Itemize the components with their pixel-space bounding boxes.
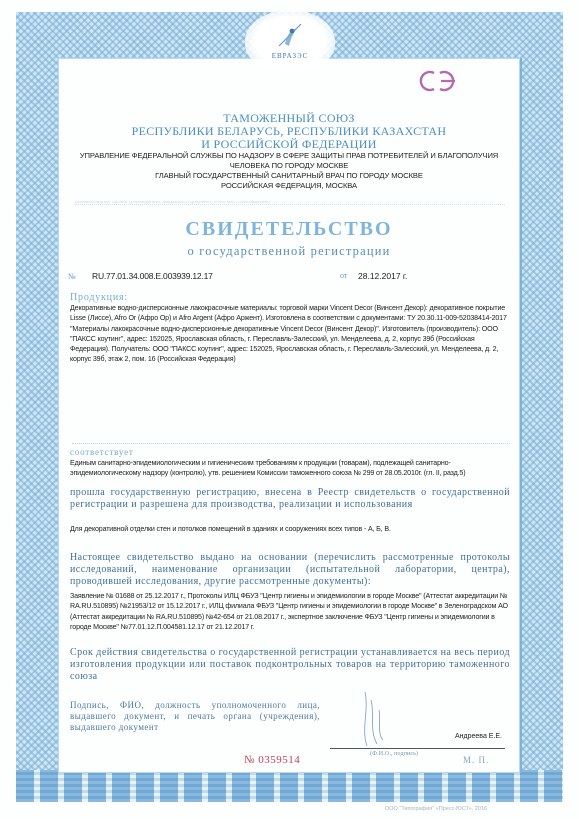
product-description: Декоративные водно-дисперсионные лакокра…: [70, 303, 510, 365]
authority-caption: (наименование органа (учреждения), выдав…: [75, 201, 505, 205]
guilloche-bottom-band: [16, 770, 563, 802]
validity-statement: Срок действия свидетельства о государств…: [70, 647, 510, 684]
union-line: И РОССИЙСКОЙ ФЕДЕРАЦИИ: [62, 138, 516, 151]
registration-statement: прошла государственную регистрацию, внес…: [70, 487, 510, 511]
compliance-label: соответствует: [70, 447, 134, 457]
authority-line: ГЛАВНЫЙ ГОСУДАРСТВЕННЫЙ САНИТАРНЫЙ ВРАЧ …: [62, 171, 516, 181]
product-caption-rule: [72, 441, 510, 444]
eurasec-emblem: ЕВРАЗЭС: [245, 10, 335, 72]
number-label: №: [68, 272, 76, 281]
signature-line-caption: (Ф.И.О., подпись): [370, 750, 418, 757]
authority-line: ЧЕЛОВЕКА ПО ГОРОДУ МОСКВЕ: [62, 161, 516, 171]
document-subtitle: о государственной регистрации: [62, 244, 516, 259]
emblem-label: ЕВРАЗЭС: [245, 52, 335, 60]
date-label: от: [340, 271, 347, 280]
issuing-authority-header: ТАМОЖЕННЫЙ СОЮЗ РЕСПУБЛИКИ БЕЛАРУСЬ, РЕС…: [62, 112, 516, 191]
signer-name: Андреева Е.Е.: [455, 733, 502, 740]
basis-documents: Заявление № 01688 от 25.12.2017 г., Прот…: [70, 591, 510, 632]
eurasec-emblem-icon: [275, 20, 305, 50]
usage-scope: Для декоративной отделки стен и потолков…: [70, 524, 510, 534]
eac-mark-icon: [414, 68, 460, 94]
stamp-place-label: М. П.: [463, 755, 489, 765]
authority-line: РОССИЙСКАЯ ФЕДЕРАЦИЯ, МОСКВА: [62, 181, 516, 191]
blank-serial-number: № 0359514: [244, 754, 300, 766]
document-title: СВИДЕТЕЛЬСТВО: [62, 218, 516, 241]
signature-line: [330, 748, 505, 749]
signature-scribble-icon: [355, 690, 395, 748]
registration-number-row: № RU.77.01.34.008.Е.003939.12.17 от 28.1…: [68, 271, 508, 285]
printer-imprint: ООО "Типография" «Пресс-ЮСТ», 2016: [385, 806, 487, 812]
registration-date: 28.12.2017 г.: [358, 271, 407, 281]
signature-caption: Подпись, ФИО, должность уполномоченного …: [70, 700, 320, 733]
basis-intro: Настоящее свидетельство выдано на основа…: [70, 552, 510, 589]
certificate-page: ЕВРАЗЭС ТАМОЖЕННЫЙ СОЮЗ РЕСПУБЛИКИ БЕЛАР…: [0, 0, 579, 819]
compliance-text: Единым санитарно-эпидемиологическим и ги…: [70, 458, 510, 479]
product-label: Продукция:: [70, 292, 128, 303]
authority-line: УПРАВЛЕНИЕ ФЕДЕРАЛЬНОЙ СЛУЖБЫ ПО НАДЗОРУ…: [62, 151, 516, 161]
registration-number: RU.77.01.34.008.Е.003939.12.17: [92, 271, 213, 281]
